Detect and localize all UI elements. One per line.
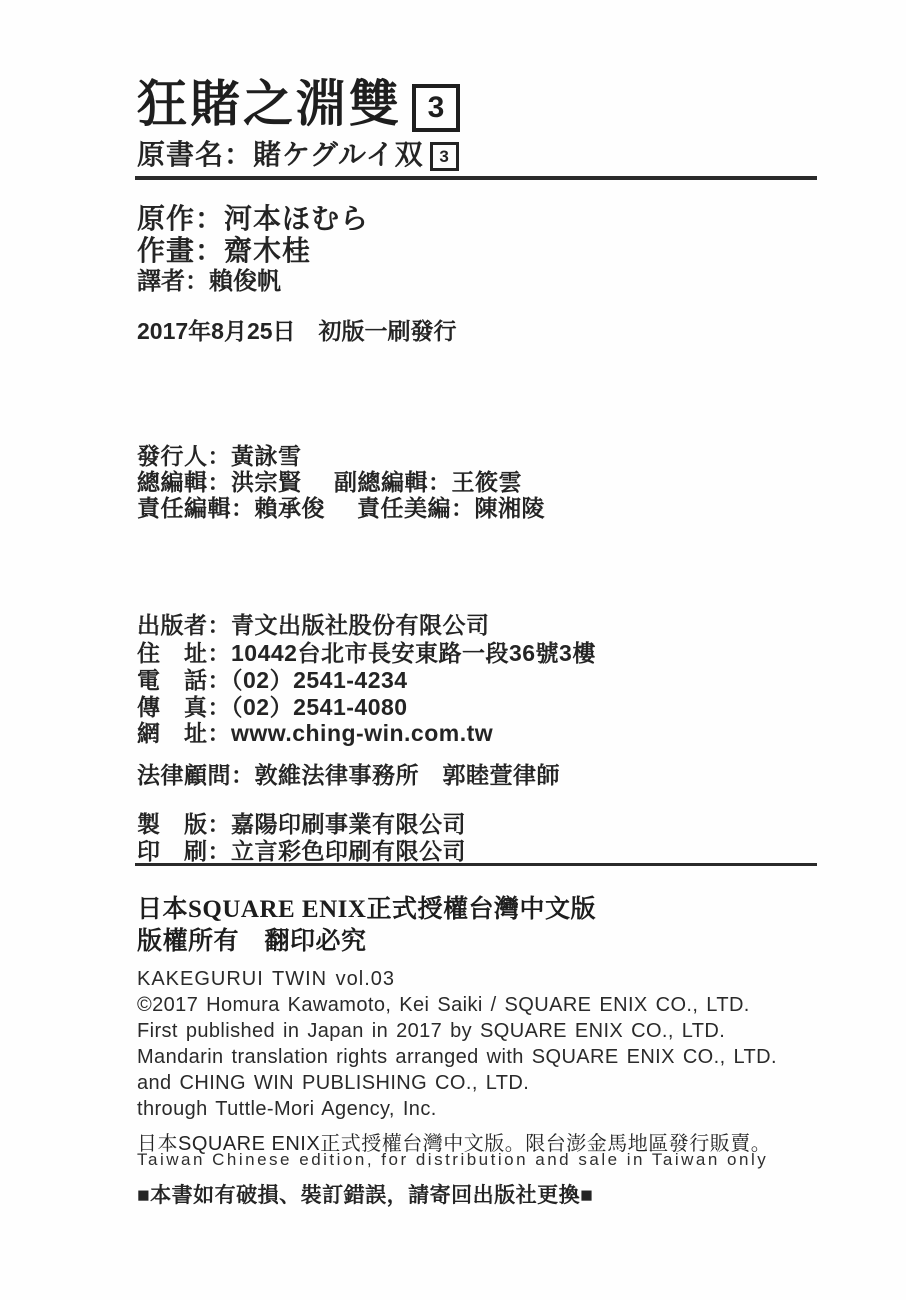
copyright-line: ©2017 Homura Kawamoto, Kei Saiki / SQUAR…: [137, 994, 750, 1017]
book-title-text: 狂賭之淵雙: [137, 76, 402, 132]
copyright-line: and CHING WIN PUBLISHING CO., LTD.: [137, 1072, 529, 1095]
series-volume-line: KAKEGURUI TWIN vol.03: [137, 968, 395, 991]
divider-rule-bottom: [135, 863, 817, 866]
translator-line: 譯者：賴俊帆: [137, 261, 281, 296]
editor-in-charge: 責任編輯：賴承俊: [137, 495, 325, 521]
copyright-line: First published in Japan in 2017 by SQUA…: [137, 1020, 725, 1043]
license-rights-line: 版權所有 翻印必究: [137, 921, 367, 957]
region-restriction-en: Taiwan Chinese edition, for distribution…: [137, 1150, 768, 1170]
publisher-website-line: 網 址：www.ching-win.com.tw: [137, 715, 493, 748]
legal-advisor-line: 法律顧問：敦維法律事務所 郭睦萱律師: [137, 757, 560, 790]
original-title: 原書名：賭ケグルイ双3: [137, 133, 459, 173]
art-editor-in-charge: 責任美編：陳湘陵: [357, 490, 545, 523]
colophon-page: 狂賭之淵雙3 原書名：賭ケグルイ双3 原作：河本ほむら 作畫：齋木桂 譯者：賴俊…: [0, 0, 906, 1300]
original-title-text: 原書名：賭ケグルイ双: [137, 139, 424, 170]
copyright-line: Mandarin translation rights arranged wit…: [137, 1046, 777, 1069]
volume-badge-large: 3: [412, 84, 460, 132]
license-authorized-line: 日本SQUARE ENIX正式授權台灣中文版: [137, 889, 596, 925]
responsible-editors-row: 責任編輯：賴承俊 責任美編：陳湘陵: [137, 490, 325, 523]
replacement-notice: ■本書如有破損、裝訂錯誤，請寄回出版社更換■: [137, 1179, 593, 1209]
copyright-line: through Tuttle-Mori Agency, Inc.: [137, 1098, 437, 1121]
print-date-line: 2017年8月25日 初版一刷發行: [137, 313, 457, 346]
volume-badge-small: 3: [430, 142, 459, 171]
divider-rule-top: [135, 176, 817, 180]
printing-line: 印 刷：立言彩色印刷有限公司: [137, 833, 466, 866]
book-title: 狂賭之淵雙3: [137, 64, 460, 136]
